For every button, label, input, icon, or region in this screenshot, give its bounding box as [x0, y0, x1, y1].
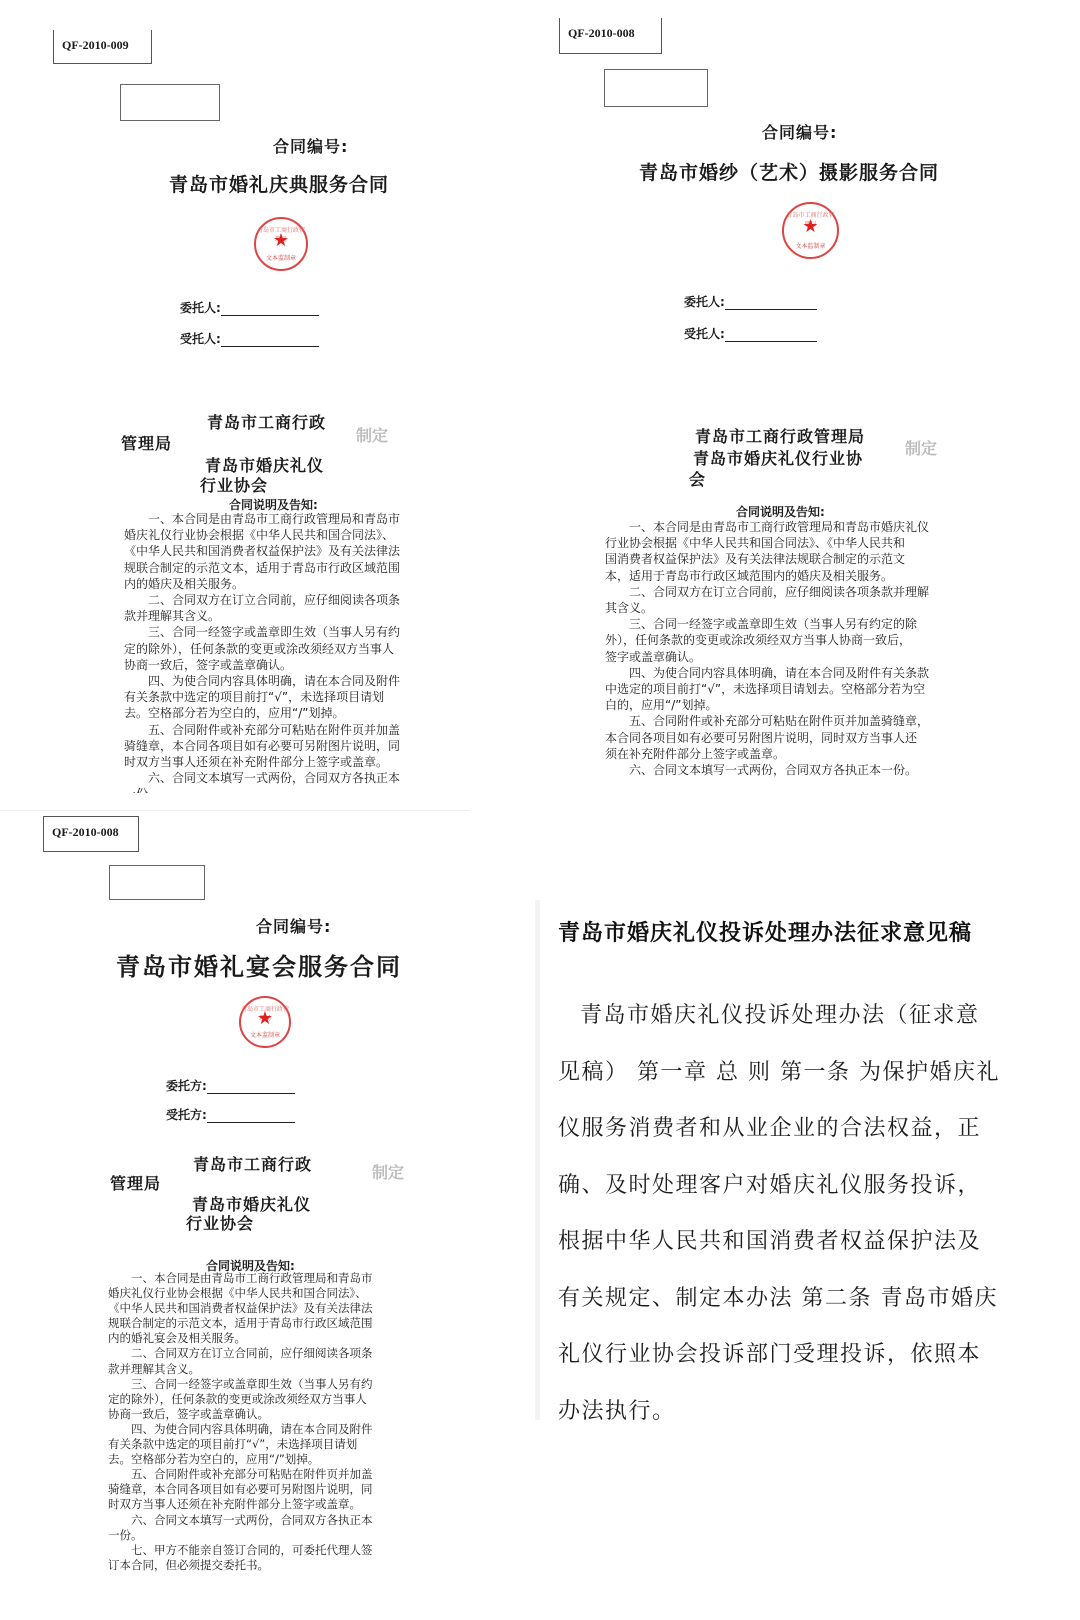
star-icon: ★	[802, 218, 818, 236]
article-title: 青岛市婚庆礼仪投诉处理办法征求意见稿	[558, 916, 972, 947]
notice-title: 合同说明及告知:	[736, 503, 825, 520]
notice-text: 一、本合同是由青岛市工商行政管理局和青岛市 婚庆礼仪行业协会根据《中华人民共和国…	[108, 1271, 373, 1573]
official-seal-icon: 青岛市工商行政管理局 ★ 文本监制章	[254, 217, 308, 271]
issuer-line-2: 管理局	[121, 431, 172, 454]
party-b-field: 受托方:	[166, 1106, 295, 1123]
form-code-box: QF-2010-008	[559, 18, 662, 54]
contract-number-box	[120, 84, 220, 121]
form-code: QF-2010-009	[62, 38, 129, 52]
contract-title: 青岛市婚礼宴会服务合同	[116, 947, 402, 982]
contract-page-wedding-banquet: QF-2010-008 合同编号: 青岛市婚礼宴会服务合同 青岛市工商行政管理局…	[0, 812, 520, 1620]
made-label: 制定	[356, 423, 388, 446]
issuer-line-1: 青岛市工商行政	[193, 1152, 312, 1175]
official-seal-icon: 青岛市工商行政管理局 ★ 文本监制章	[782, 202, 839, 259]
contract-number-label: 合同编号:	[256, 914, 331, 937]
party-a-field: 委托方:	[166, 1077, 295, 1094]
contract-page-wedding-photography: QF-2010-008 合同编号: 青岛市婚纱（艺术）摄影服务合同 青岛市工商行…	[540, 0, 1080, 800]
party-b-field: 受托人:	[180, 330, 319, 347]
form-code: QF-2010-008	[52, 825, 119, 839]
notice-text: 一、本合同是由青岛市工商行政管理局和青岛市婚庆礼仪 行业协会根据《中华人民共和国…	[605, 519, 929, 778]
form-code-box: QF-2010-009	[53, 30, 152, 64]
party-a-field: 委托人:	[684, 293, 817, 310]
star-icon: ★	[273, 232, 289, 250]
contract-number-label: 合同编号:	[762, 120, 837, 143]
issuer-line-2: 青岛市婚庆礼仪行业协	[693, 446, 863, 469]
form-code-box: QF-2010-008	[43, 816, 139, 852]
notice-text: 一、本合同是由青岛市工商行政管理局和青岛市 婚庆礼仪行业协会根据《中华人民共和国…	[124, 511, 400, 793]
contract-page-wedding-ceremony: QF-2010-009 合同编号: 青岛市婚礼庆典服务合同 青岛市工商行政管理局…	[0, 0, 540, 800]
contract-number-label: 合同编号:	[273, 134, 348, 157]
contract-title: 青岛市婚纱（艺术）摄影服务合同	[639, 158, 939, 185]
form-code: QF-2010-008	[568, 26, 635, 40]
issuer-line-1: 青岛市工商行政管理局	[695, 424, 865, 447]
issuer-line-2: 管理局	[110, 1171, 161, 1194]
issuer-line-4: 行业协会	[200, 473, 268, 496]
page-divider	[0, 810, 470, 811]
complaint-draft-article: 青岛市婚庆礼仪投诉处理办法征求意见稿 青岛市婚庆礼仪投诉处理办法（征求意 见稿）…	[535, 900, 1080, 1420]
made-label: 制定	[905, 436, 937, 459]
star-icon: ★	[257, 1010, 273, 1028]
issuer-line-3: 会	[689, 467, 706, 490]
issuer-line-4: 行业协会	[186, 1211, 254, 1234]
issuer-line-1: 青岛市工商行政	[207, 410, 326, 433]
official-seal-icon: 青岛市工商行政管理局 ★ 文本监制章	[239, 996, 291, 1048]
contract-title: 青岛市婚礼庆典服务合同	[169, 170, 389, 197]
contract-number-box	[604, 69, 708, 107]
made-label: 制定	[372, 1160, 404, 1183]
article-body: 青岛市婚庆礼仪投诉处理办法（征求意 见稿） 第一章 总 则 第一条 为保护婚庆礼…	[558, 988, 1000, 1440]
contract-number-box	[109, 865, 205, 900]
party-a-field: 委托人:	[180, 299, 319, 316]
party-b-field: 受托人:	[684, 325, 817, 342]
